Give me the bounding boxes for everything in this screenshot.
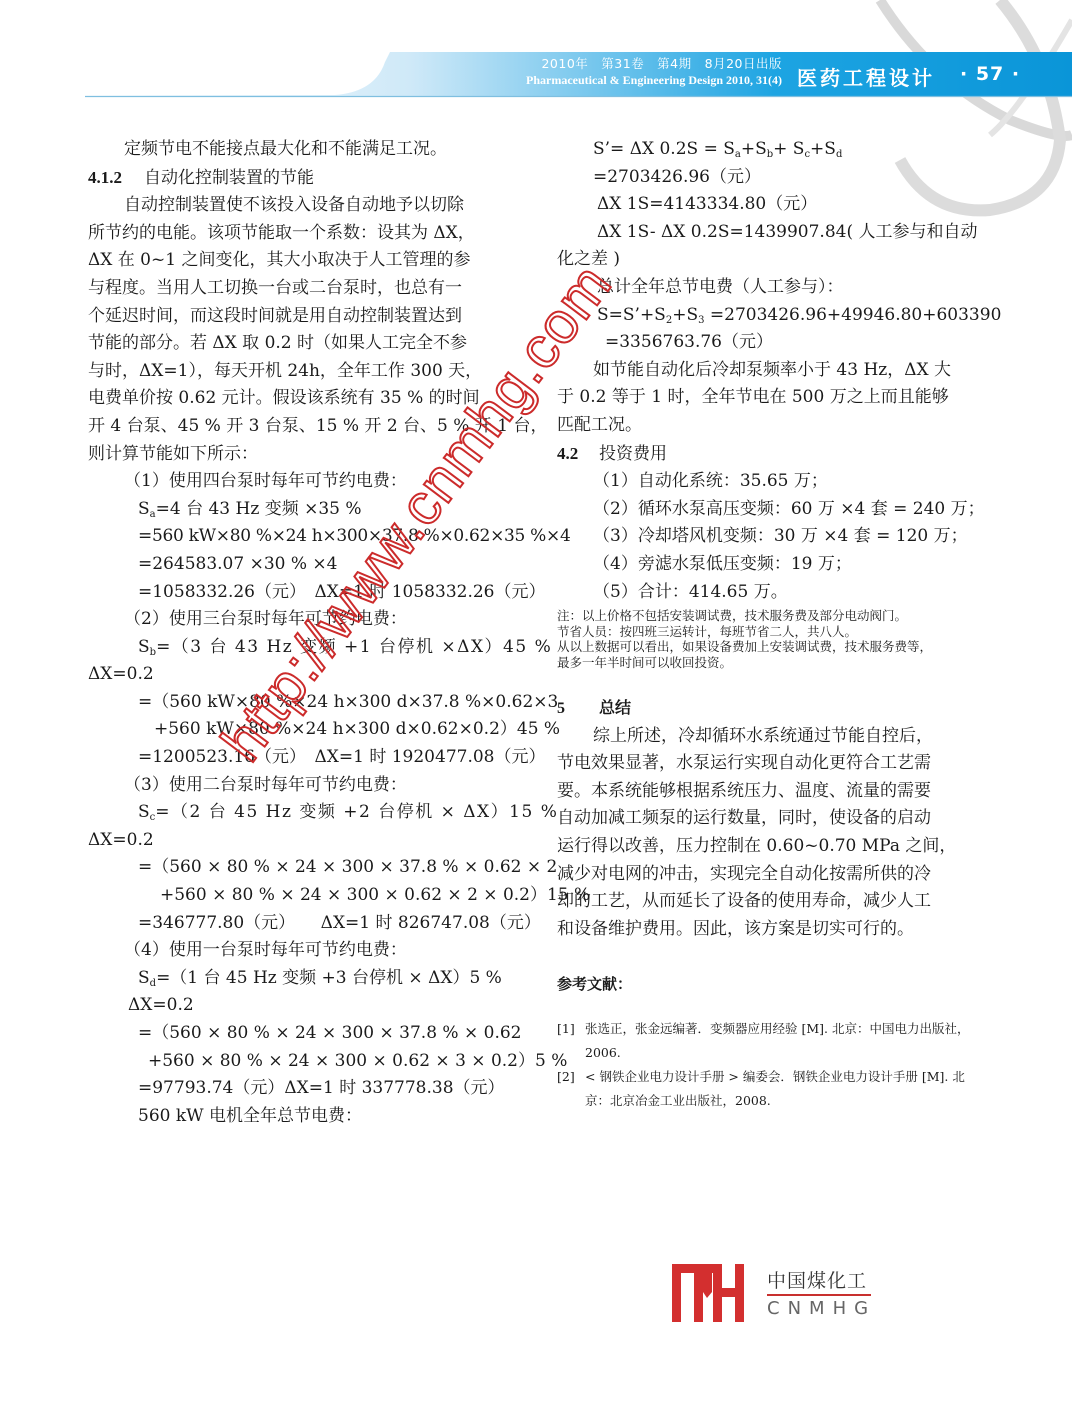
reference-text: 张选正，张金远编著．变频器应用经验 [M]. 北京：中国电力出版社，2006. <box>585 1017 989 1065</box>
reference-text: < 钢铁企业电力设计手册 > 编委会．钢铁企业电力设计手册 [M]. 北京：北京… <box>585 1065 989 1113</box>
cnmhg-logo: 中国煤化工 CNMHG <box>672 1262 882 1326</box>
formula-line: =264583.07 ×30 % ×4 <box>88 551 520 579</box>
issue-info: 2010年 第31卷 第4期 8月20日出版 Pharmaceutical & … <box>526 58 782 86</box>
formula-line: ΔX 1S- ΔX 0.2S=1439907.84( 人工参与和自动 <box>557 219 989 247</box>
formula-line: =3356763.76（元） <box>557 329 989 357</box>
investment-item: （1）自动化系统：35.65 万； <box>557 468 989 496</box>
investment-item: （4）旁滤水泵低压变频：19 万； <box>557 551 989 579</box>
paragraph-line: 与程度。当用人工切换一台或二台泵时，也总有一 <box>88 275 520 303</box>
paragraph-line: 于 0.2 等于 1 时，全年节电在 500 万之上而且能够 <box>557 384 989 412</box>
calc-heading: （3）使用二台泵时每年可节约电费： <box>88 772 520 800</box>
references-title: 参考文献： <box>557 971 989 999</box>
paragraph-line: 节能的部分。若 ΔX 取 0.2 时（如果人工完全不参 <box>88 330 520 358</box>
mh-logo-icon <box>672 1262 762 1326</box>
formula-text: =（3 台 43 Hz 变频 +1 台停机 ×ΔX）45 % <box>156 637 552 657</box>
paragraph-line: 节电效果显著，水泵运行实现自动化更符合工艺需 <box>557 750 989 778</box>
formula-line: =2703426.96（元） <box>557 164 989 192</box>
paragraph-line: 匹配工况。 <box>557 412 989 440</box>
formula-line: +560 × 80 % × 24 × 300 × 0.62 × 2 × 0.2）… <box>88 882 520 910</box>
calc-heading: （1）使用四台泵时每年可节约电费： <box>88 468 520 496</box>
formula-line: ΔX=0.2 <box>88 827 520 855</box>
section-number: 4.1.2 <box>88 164 144 192</box>
formula-text: S=S’+S <box>597 305 666 325</box>
paragraph-line: 要。本系统能够根据系统压力、温度、流量的需要 <box>557 778 989 806</box>
formula-line: Sb=（3 台 43 Hz 变频 +1 台停机 ×ΔX）45 % <box>88 634 520 662</box>
calc-heading: （4）使用一台泵时每年可节约电费： <box>88 937 520 965</box>
formula-text: +S <box>672 305 698 325</box>
section-heading-5: 5总结 <box>557 694 989 723</box>
page-number: · 57 · <box>960 63 1020 85</box>
formula-line: ΔX=0.2 <box>88 661 520 689</box>
reference-number: [2] <box>557 1065 585 1113</box>
paragraph-line: 所节约的电能。该项节能取一个系数：设其为 ΔX， <box>88 220 520 248</box>
reference-number: [1] <box>557 1017 585 1065</box>
reference-item: [2] < 钢铁企业电力设计手册 > 编委会．钢铁企业电力设计手册 [M]. 北… <box>557 1065 989 1113</box>
formula-line: Sc=（2 台 45 Hz 变频 +2 台停机 × ΔX）15 % <box>88 799 520 827</box>
formula-text: + S <box>773 139 804 159</box>
journal-title: 医药工程设计 <box>797 62 935 91</box>
note-line: 注：以上价格不包括安装调试费，技术服务费及部分电动阀门。 <box>557 608 989 624</box>
paragraph-line: 开 4 台泵、45 % 开 3 台泵、15 % 开 2 台、5 % 开 1 台， <box>88 413 520 441</box>
formula-line: +560 × 80 % × 24 × 300 × 0.62 × 3 × 0.2）… <box>88 1048 520 1076</box>
paragraph-line: 则计算节能如下所示： <box>88 441 520 469</box>
investment-item: （2）循环水泵高压变频：60 万 ×4 套 = 240 万； <box>557 496 989 524</box>
paragraph-line: 减少对电网的冲击，实现完全自动化按需所供的冷 <box>557 861 989 889</box>
formula-line: =（560 × 80 % × 24 × 300 × 37.8 % × 0.62 … <box>88 854 520 882</box>
note-line: 最多一年半时间可以收回投资。 <box>557 655 989 671</box>
formula-text: +S <box>741 139 767 159</box>
section-title: 总结 <box>599 698 631 717</box>
paragraph-line: 与时，ΔX=1），每天开机 24h，全年工作 300 天， <box>88 358 520 386</box>
paragraph-line: 却的工艺，从而延长了设备的使用寿命，减少人工 <box>557 888 989 916</box>
formula-line: =97793.74（元）ΔX=1 时 337778.38（元） <box>88 1075 520 1103</box>
logo-divider <box>767 1294 871 1296</box>
formula-line: =1058332.26（元） ΔX=1 时 1058332.26（元） <box>88 579 520 607</box>
paragraph-line: 个延迟时间，而这段时间就是用自动控制装置达到 <box>88 303 520 331</box>
paragraph-line: ΔX 在 0~1 之间变化，其大小取决于人工管理的参 <box>88 247 520 275</box>
section-heading-4-2: 4.2投资费用 <box>557 440 989 469</box>
formula-line: =346777.80（元） ΔX=1 时 826747.08（元） <box>88 910 520 938</box>
formula-text: =2703426.96+49946.80+603390 <box>704 305 1001 325</box>
formula-line: =（560 kW×80 %×24 h×300 d×37.8 %×0.62×3 <box>88 689 520 717</box>
formula-line: =（560 × 80 % × 24 × 300 × 37.8 % × 0.62 <box>88 1020 520 1048</box>
calc-heading: （2）使用三台泵时每年可节约电费： <box>88 606 520 634</box>
paragraph-line: 定频节电不能接点最大化和不能满足工况。 <box>88 136 520 164</box>
paragraph-line: 综上所述，冷却循环水系统通过节能自控后， <box>557 723 989 751</box>
paragraph-line: 运行得以改善，压力控制在 0.60~0.70 MPa 之间， <box>557 833 989 861</box>
paragraph-line: 电费单价按 0.62 元计。假设该系统有 35 % 的时间 <box>88 385 520 413</box>
section-heading-4-1-2: 4.1.2自动化控制装置的节能 <box>88 164 520 193</box>
issue-info-cn: 2010年 第31卷 第4期 8月20日出版 <box>526 58 782 71</box>
paragraph-line: 和设备维护费用。因此，该方案是切实可行的。 <box>557 916 989 944</box>
formula-line: 560 kW 电机全年总节电费： <box>88 1103 520 1131</box>
formula-line: S=S’+S2+S3 =2703426.96+49946.80+603390 <box>557 302 989 330</box>
left-column: 定频节电不能接点最大化和不能满足工况。 4.1.2自动化控制装置的节能 自动控制… <box>88 136 520 1130</box>
formula-text: S’= ΔX 0.2S = S <box>593 139 735 159</box>
note-line: 节省人员：按四班三运转计，每班节省二人，共八人。 <box>557 624 989 640</box>
section-title: 投资费用 <box>599 444 667 464</box>
right-column: S’= ΔX 0.2S = Sa+Sb+ Sc+Sd =2703426.96（元… <box>557 136 989 1113</box>
paragraph-line: 如节能自动化后冷却泵频率小于 43 Hz，ΔX 大 <box>557 357 989 385</box>
formula-text: =（1 台 45 Hz 变频 +3 台停机 × ΔX）5 % <box>156 968 502 988</box>
formula-line: +560 kW×80 %×24 h×300 d×0.62×0.2）45 % <box>88 716 520 744</box>
paragraph-line: 自动控制装置使不该投入设备自动地予以切除 <box>88 192 520 220</box>
section-number: 5 <box>557 695 599 723</box>
logo-text-en: CNMHG <box>767 1298 876 1319</box>
investment-item: （5）合计：414.65 万。 <box>557 579 989 607</box>
formula-line: ΔX=0.2 <box>88 992 520 1020</box>
section-title: 自动化控制装置的节能 <box>144 168 314 188</box>
paragraph-line: 总计全年总节电费（人工参与）： <box>557 274 989 302</box>
formula-line: =1200523.16（元） ΔX=1 时 1920477.08（元） <box>88 744 520 772</box>
paragraph-line: 自动加减工频泵的运行数量，同时，使设备的启动 <box>557 805 989 833</box>
formula-line: S’= ΔX 0.2S = Sa+Sb+ Sc+Sd <box>557 136 989 164</box>
issue-info-en: Pharmaceutical & Engineering Design 2010… <box>526 74 782 86</box>
formula-text: +S <box>810 139 836 159</box>
reference-item: [1] 张选正，张金远编著．变频器应用经验 [M]. 北京：中国电力出版社，20… <box>557 1017 989 1065</box>
formula-line: ΔX 1S=4143334.80（元） <box>557 191 989 219</box>
subscript: d <box>836 149 842 160</box>
investment-item: （3）冷却塔风机变频：30 万 ×4 套 = 120 万； <box>557 523 989 551</box>
formula-text: =4 台 43 Hz 变频 ×35 % <box>156 499 362 519</box>
note-line: 从以上数据可以看出，如果设备费加上安装调试费，技术服务费等， <box>557 639 989 655</box>
paragraph-line: 化之差 ) <box>557 246 989 274</box>
logo-text-cn: 中国煤化工 <box>767 1266 867 1293</box>
investment-notes: 注：以上价格不包括安装调试费，技术服务费及部分电动阀门。 节省人员：按四班三运转… <box>557 608 989 670</box>
section-number: 4.2 <box>557 440 599 468</box>
formula-line: Sa=4 台 43 Hz 变频 ×35 % <box>88 496 520 524</box>
formula-line: Sd=（1 台 45 Hz 变频 +3 台停机 × ΔX）5 % <box>88 965 520 993</box>
formula-text: =（2 台 45 Hz 变频 +2 台停机 × ΔX）15 % <box>155 802 558 822</box>
formula-line: =560 kW×80 %×24 h×300×37.8 %×0.62×35 %×4 <box>88 523 520 551</box>
